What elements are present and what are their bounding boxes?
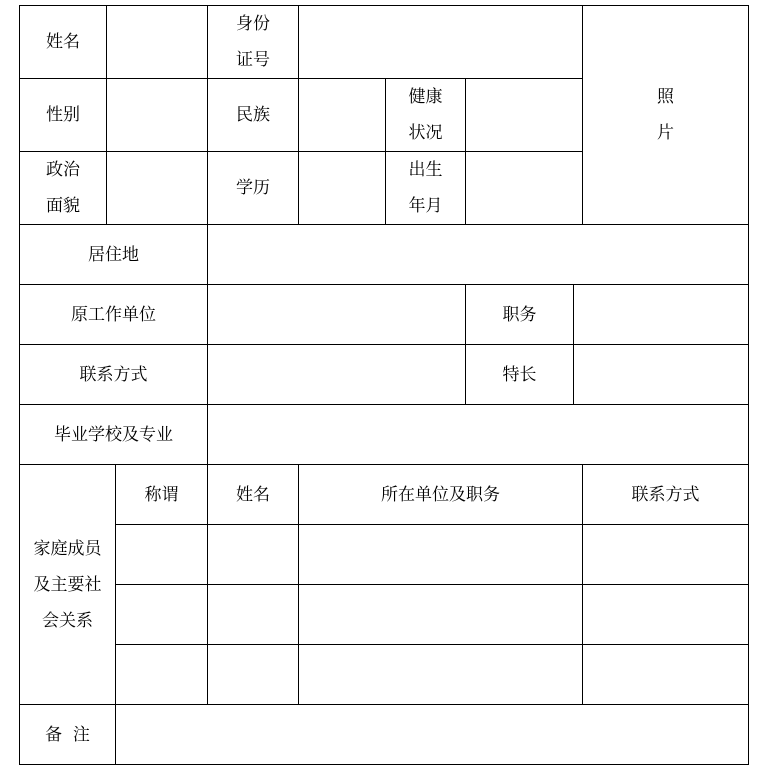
political-status-field[interactable] — [106, 151, 208, 225]
former-employer-label-cell: 原工作单位 — [19, 284, 208, 345]
family-section-label-cell: 家庭成员 及主要社 会关系 — [19, 464, 116, 705]
ethnicity-field[interactable] — [298, 78, 386, 152]
family-row-1-relation[interactable] — [115, 524, 208, 585]
contact-field[interactable] — [207, 344, 466, 405]
birth-date-label-cell: 出生 年月 — [385, 151, 466, 225]
family-row-1-employer[interactable] — [298, 524, 583, 585]
family-header-name-label: 姓名 — [236, 477, 270, 513]
contact-label-cell: 联系方式 — [19, 344, 208, 405]
gender-label: 性别 — [46, 97, 80, 133]
former-employer-label: 原工作单位 — [71, 297, 156, 333]
political-status-label-cell: 政治 面貌 — [19, 151, 107, 225]
gender-field[interactable] — [106, 78, 208, 152]
remarks-label: 备 注 — [45, 717, 90, 753]
family-header-relation-label: 称谓 — [145, 477, 179, 513]
position-label: 职务 — [503, 297, 537, 333]
photo-area[interactable]: 照 片 — [582, 5, 749, 225]
school-major-field[interactable] — [207, 404, 749, 465]
education-label-cell: 学历 — [207, 151, 299, 225]
health-label-cell: 健康 状况 — [385, 78, 466, 152]
specialty-label-cell: 特长 — [465, 344, 574, 405]
specialty-field[interactable] — [573, 344, 749, 405]
name-label: 姓名 — [46, 24, 80, 60]
family-header-name: 姓名 — [207, 464, 299, 525]
remarks-field[interactable] — [115, 704, 749, 765]
residence-field[interactable] — [207, 224, 749, 285]
id-number-label: 身份 证号 — [236, 6, 270, 78]
education-field[interactable] — [298, 151, 386, 225]
id-number-label-cell: 身份 证号 — [207, 5, 299, 79]
family-header-contact-label: 联系方式 — [632, 477, 700, 513]
political-status-label: 政治 面貌 — [46, 152, 80, 224]
contact-label: 联系方式 — [80, 357, 148, 393]
health-label: 健康 状况 — [409, 79, 443, 151]
family-row-2-employer[interactable] — [298, 584, 583, 645]
family-row-2-name[interactable] — [207, 584, 299, 645]
position-label-cell: 职务 — [465, 284, 574, 345]
school-major-label: 毕业学校及专业 — [54, 417, 173, 453]
family-header-employer: 所在单位及职务 — [298, 464, 583, 525]
name-label-cell: 姓名 — [19, 5, 107, 79]
family-row-3-contact[interactable] — [582, 644, 749, 705]
birth-date-field[interactable] — [465, 151, 583, 225]
family-row-3-name[interactable] — [207, 644, 299, 705]
residence-label: 居住地 — [88, 237, 139, 273]
ethnicity-label-cell: 民族 — [207, 78, 299, 152]
name-field[interactable] — [106, 5, 208, 79]
id-number-field[interactable] — [298, 5, 583, 79]
family-header-employer-label: 所在单位及职务 — [381, 477, 500, 513]
former-employer-field[interactable] — [207, 284, 466, 345]
birth-date-label: 出生 年月 — [409, 152, 443, 224]
family-row-1-name[interactable] — [207, 524, 299, 585]
residence-label-cell: 居住地 — [19, 224, 208, 285]
education-label: 学历 — [236, 170, 270, 206]
family-row-1-contact[interactable] — [582, 524, 749, 585]
family-section-label: 家庭成员 及主要社 会关系 — [34, 531, 102, 639]
family-header-contact: 联系方式 — [582, 464, 749, 525]
school-major-label-cell: 毕业学校及专业 — [19, 404, 208, 465]
family-header-relation: 称谓 — [115, 464, 208, 525]
family-row-2-contact[interactable] — [582, 584, 749, 645]
specialty-label: 特长 — [503, 357, 537, 393]
remarks-label-cell: 备 注 — [19, 704, 116, 765]
family-row-3-relation[interactable] — [115, 644, 208, 705]
gender-label-cell: 性别 — [19, 78, 107, 152]
health-field[interactable] — [465, 78, 583, 152]
family-row-3-employer[interactable] — [298, 644, 583, 705]
position-field[interactable] — [573, 284, 749, 345]
family-row-2-relation[interactable] — [115, 584, 208, 645]
photo-label: 照 片 — [657, 79, 674, 151]
ethnicity-label: 民族 — [236, 97, 270, 133]
